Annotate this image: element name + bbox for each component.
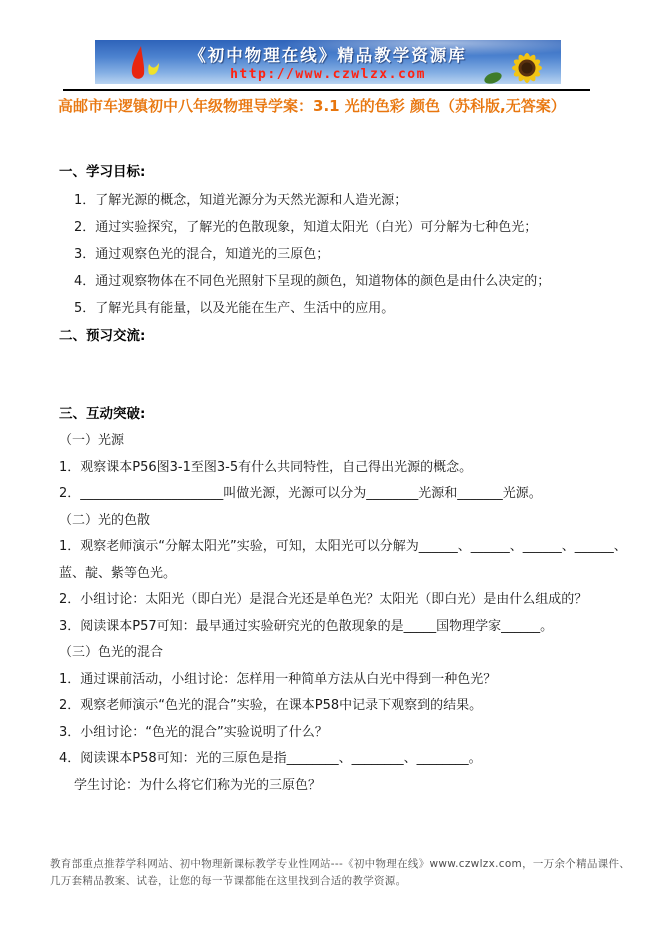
header-divider (63, 89, 590, 91)
subsection-heading-light-source: （一）光源 (59, 428, 607, 455)
preview-answer-space (59, 347, 607, 403)
subsection-heading-dispersion: （二）光的色散 (59, 508, 607, 535)
goal-item: 3．通过观察色光的混合，知道光的三原色； (59, 241, 607, 268)
goal-list: 1．了解光源的概念，知道光源分为天然光源和人造光源； 2．通过实验探究，了解光的… (59, 187, 607, 322)
fill-blank-line: 2．______________________叫做光源，光源可以分为_____… (59, 481, 607, 508)
question-line: 2．小组讨论：太阳光（即白光）是混合光还是单色光？太阳光（即白光）是由什么组成的… (59, 587, 607, 614)
section-heading-goals: 一、学习目标: (59, 161, 607, 183)
footer-text-line: 几万套精品教案、试卷，让您的每一节课都能在这里找到合适的教学资源。 (50, 873, 616, 890)
fill-blank-line: 4．阅读课本P58可知：光的三原色是指________、________、___… (59, 746, 607, 773)
fill-blank-line: 1．观察老师演示“分解太阳光”实验，可知，太阳光可以分解为______、____… (59, 534, 607, 561)
goal-item: 4．通过观察物体在不同色光照射下呈现的颜色，知道物体的颜色是由什么决定的； (59, 268, 607, 295)
page-title: 高邮市车逻镇初中八年级物理导学案：3.1 光的色彩 颜色（苏科版,无答案） (58, 96, 606, 116)
banner-site-url: http://www.czwlzx.com (230, 67, 426, 82)
question-line: 1．通过课前活动，小组讨论：怎样用一种简单方法从白光中得到一种色光？ (59, 667, 607, 694)
document-page: 《初中物理在线》精品教学资源库 http://www.czwlzx.com (0, 0, 661, 936)
sunflower-icon (497, 42, 555, 84)
footer-text-line: 教育部重点推荐学科网站、初中物理新课标教学专业性网站---《初中物理在线》www… (50, 856, 616, 873)
goal-item: 2．通过实验探究，了解光的色散现象，知道太阳光（白光）可分解为七种色光； (59, 214, 607, 241)
question-line: 1．观察课本P56图3-1至图3-5有什么共同特性，自己得出光源的概念。 (59, 455, 607, 482)
fill-blank-line: 3．阅读课本P57可知：最早通过实验研究光的色散现象的是_____国物理学家__… (59, 614, 607, 641)
question-line: 3．小组讨论：“色光的混合”实验说明了什么？ (59, 720, 607, 747)
subsection-heading-color-mixing: （三）色光的混合 (59, 640, 607, 667)
site-logo-flame-icon (123, 44, 167, 84)
document-body: 一、学习目标: 1．了解光源的概念，知道光源分为天然光源和人造光源； 2．通过实… (59, 161, 607, 799)
continuation-line: 蓝、靛、紫等色光。 (59, 561, 607, 588)
section-heading-preview: 二、预习交流: (59, 325, 607, 347)
goal-item: 1．了解光源的概念，知道光源分为天然光源和人造光源； (59, 187, 607, 214)
discussion-line: 学生讨论：为什么将它们称为光的三原色？ (59, 773, 607, 800)
section-heading-interact: 三、互动突破: (59, 403, 607, 425)
banner-site-title: 《初中物理在线》精品教学资源库 (189, 42, 467, 66)
goal-item: 5．了解光具有能量，以及光能在生产、生活中的应用。 (59, 295, 607, 322)
site-banner: 《初中物理在线》精品教学资源库 http://www.czwlzx.com (95, 40, 561, 84)
question-line: 2．观察老师演示“色光的混合”实验，在课本P58中记录下观察到的结果。 (59, 693, 607, 720)
page-footer: 教育部重点推荐学科网站、初中物理新课标教学专业性网站---《初中物理在线》www… (50, 856, 616, 890)
